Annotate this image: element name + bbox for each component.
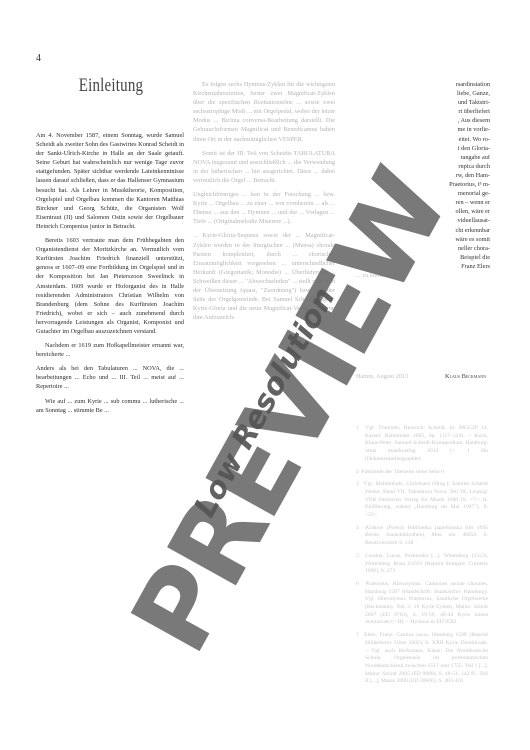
- text-line: , Aus diesem: [340, 116, 490, 125]
- footnote-text: Krakow (Polen), Biblioteka Jagiellonska …: [365, 525, 488, 546]
- left-column: Am 4. November 1587, einem Sonntag, wurd…: [36, 131, 184, 420]
- text-line: Franz Elers: [340, 262, 490, 271]
- text-line: neller chora-: [340, 244, 490, 253]
- text-line: wäre es somit: [340, 235, 490, 244]
- paragraph-bereits: Bereits 1603 vertraute man dem Frühbegab…: [36, 236, 184, 336]
- text-line: Praetorius, t³ m-: [340, 180, 490, 189]
- middle-column: Es folgen sechs Hymnus-Zyklen für die wi…: [193, 80, 335, 327]
- text-line: me in vorlie-: [340, 125, 490, 134]
- footnote: 5 Lossius, Lucas, Psalmodia [...], Witte…: [356, 553, 488, 576]
- paragraph-ungleich: Ungleichförmiges ... ken in der Forschun…: [193, 190, 335, 226]
- footnote-number: 2: [356, 469, 359, 475]
- paragraph-hymnus: Es folgen sechs Hymnus-Zyklen für die wi…: [193, 80, 335, 144]
- footnote-text: Praetorius, Hieronymus: Cantiones sacrae…: [365, 581, 488, 626]
- paragraph-anders: Anders als bei den Tabulaturen ... NOVA,…: [36, 364, 184, 391]
- text-line: liebe, Ganze,: [340, 89, 490, 98]
- paragraph-wie: Wie auf ... zum Kyrie ... sub commu ... …: [36, 397, 184, 415]
- closing-line: ... zu kombinieren.: [356, 271, 490, 280]
- text-line: und Taktstri-: [340, 98, 490, 107]
- right-column: rsardinstation liebe, Ganze, und Taktstr…: [340, 80, 490, 280]
- footnote: 3 Vgl. Mahrenholz, Christhard (Hrsg.): S…: [356, 481, 488, 520]
- text-line: ren – wenn er: [340, 198, 490, 207]
- paragraph-nachdem: Nachdem er 1619 zum Hofkapellmeister ern…: [36, 341, 184, 359]
- text-line: rsardinstation: [340, 80, 490, 89]
- footnote-number: 1: [356, 425, 359, 431]
- footnote-text: Elers, Franz: Cantica sacra, Hamburg 158…: [364, 632, 488, 684]
- chapter-title: Einleitung: [36, 76, 186, 97]
- footnote: 4 Krakow (Polen), Biblioteka Jagiellonsk…: [356, 525, 488, 548]
- text-line: rangabe auf: [340, 153, 490, 162]
- signature: Hamm, August 2013 Klaus Beckmann: [356, 373, 486, 380]
- paragraph-kyrie: ... Kyrie-Gloria-Sequenz sowie der ... M…: [193, 231, 335, 322]
- text-line: menorial ge-: [340, 189, 490, 198]
- footnote-text: Faksimile der Titelseite siehe Seite 6: [362, 469, 444, 475]
- paragraph-intro: Am 4. November 1587, einem Sonntag, wurd…: [36, 131, 184, 231]
- page-number: 4: [36, 53, 41, 64]
- footnote-text: Vgl. Mahrenholz, Christhard (Hrsg.): Sam…: [363, 481, 488, 518]
- footnote-number: 3: [356, 481, 359, 487]
- footnote-number: 4: [356, 525, 359, 531]
- footnote: 7 Elers, Franz: Cantica sacra, Hamburg 1…: [356, 632, 488, 686]
- text-line: rnpica durch: [340, 162, 490, 171]
- text-line: eitet. Wo ro-: [340, 135, 490, 144]
- paragraph-somit: Somit ist der III. Teil von Scheidts TAB…: [193, 149, 335, 185]
- right-column-line-endings: rsardinstation liebe, Ganze, und Taktstr…: [340, 80, 490, 271]
- footnote-number: 7: [356, 632, 359, 638]
- text-line: cht erkennbar: [340, 226, 490, 235]
- footnotes: 1 Vgl. Trummer, Heinrich: Scheidt. In: M…: [356, 425, 488, 691]
- footnote-number: 6: [356, 581, 359, 587]
- text-line: rw, den Ham-: [340, 171, 490, 180]
- footnote-text: Lossius, Lucas, Psalmodia [...], Wittenb…: [365, 553, 488, 574]
- text-line: viduellausat-: [340, 216, 490, 225]
- footnote-number: 5: [356, 553, 359, 559]
- place-date: Hamm, August 2013: [356, 373, 408, 380]
- text-line: ollen, wäre er: [340, 207, 490, 216]
- footnote: 1 Vgl. Trummer, Heinrich: Scheidt. In: M…: [356, 425, 488, 464]
- text-line: i den Gloria-: [340, 144, 490, 153]
- footnote-text: Vgl. Trummer, Heinrich: Scheidt. In: MGG…: [365, 425, 488, 462]
- author-name: Klaus Beckmann: [445, 373, 486, 380]
- text-line: rt überliefert: [340, 107, 490, 116]
- footnote: 6 Praetorius, Hieronymus: Cantiones sacr…: [356, 581, 488, 627]
- text-line: Beispiel die: [340, 253, 490, 262]
- footnote: 2 Faksimile der Titelseite siehe Seite 6: [356, 469, 488, 477]
